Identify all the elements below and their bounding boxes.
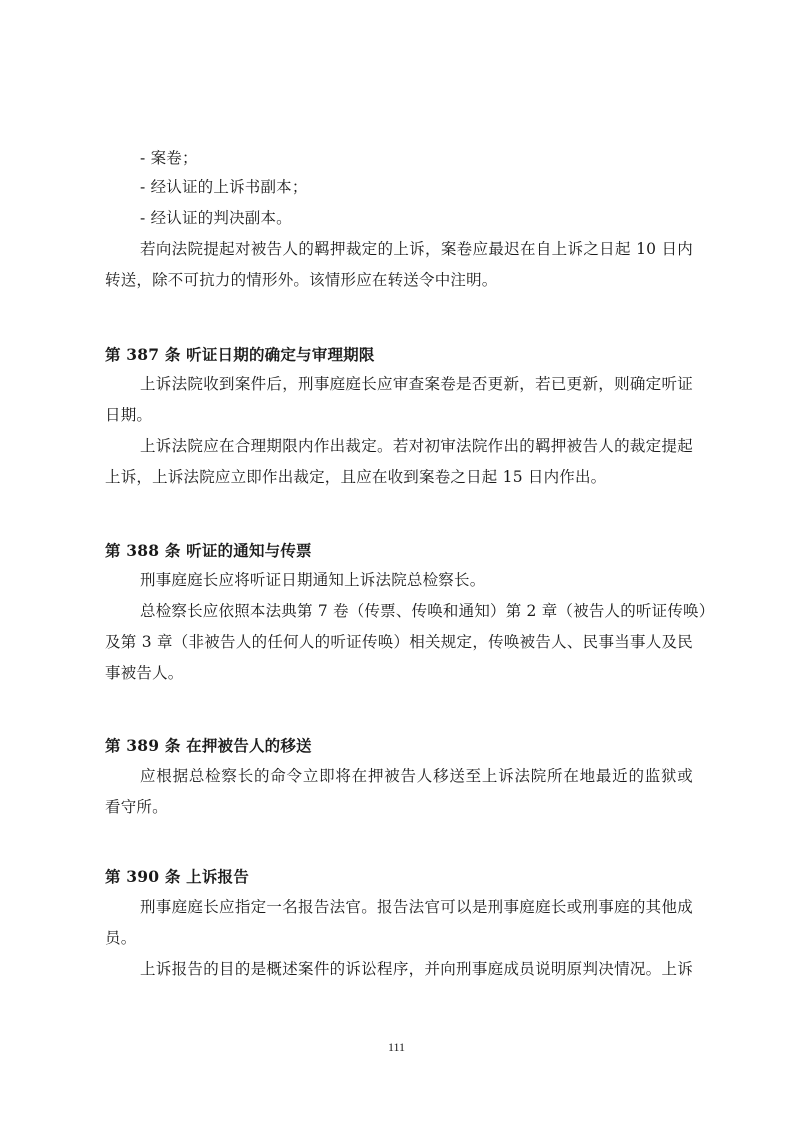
paragraph-line: 上诉法院收到案件后，刑事庭庭长应审查案卷是否更新，若已更新，则确定听证 [140,374,693,394]
article-heading: 第 390 条 上诉报告 [105,867,693,887]
article-heading: 第 388 条 听证的通知与传票 [105,541,693,561]
list-item: - 经认证的判决副本。 [140,208,693,228]
paragraph-line: 事被告人。 [105,663,693,683]
paragraph-line: 转送，除不可抗力的情形外。该情形应在转送令中注明。 [105,270,693,290]
paragraph-line: 应根据总检察长的命令立即将在押被告人移送至上诉法院所在地最近的监狱或 [140,766,693,786]
paragraph-line: 刑事庭庭长应指定一名报告法官。报告法官可以是刑事庭庭长或刑事庭的其他成 [140,897,693,917]
article-heading: 第 387 条 听证日期的确定与审理期限 [105,345,693,365]
paragraph-line: 上诉报告的目的是概述案件的诉讼程序，并向刑事庭成员说明原判决情况。上诉 [140,959,693,979]
paragraph-line: 上诉法院应在合理期限内作出裁定。若对初审法院作出的羁押被告人的裁定提起 [140,436,693,456]
paragraph-line: 刑事庭庭长应将听证日期通知上诉法院总检察长。 [140,570,693,590]
page-number: 111 [0,1040,793,1055]
paragraph-line: 员。 [105,928,693,948]
article-heading: 第 389 条 在押被告人的移送 [105,736,693,756]
paragraph-line: 及第 3 章（非被告人的任何人的听证传唤）相关规定，传唤被告人、民事当事人及民 [105,632,693,652]
paragraph-line: 上诉，上诉法院应立即作出裁定，且应在收到案卷之日起 15 日内作出。 [105,467,693,487]
paragraph-line: 若向法院提起对被告人的羁押裁定的上诉，案卷应最迟在自上诉之日起 10 日内 [140,239,693,259]
list-item: - 案卷； [140,148,693,168]
list-item: - 经认证的上诉书副本； [140,177,693,197]
paragraph-line: 总检察长应依照本法典第 7 卷（传票、传唤和通知）第 2 章（被告人的听证传唤） [140,601,693,621]
paragraph-line: 看守所。 [105,797,693,817]
paragraph-line: 日期。 [105,405,693,425]
